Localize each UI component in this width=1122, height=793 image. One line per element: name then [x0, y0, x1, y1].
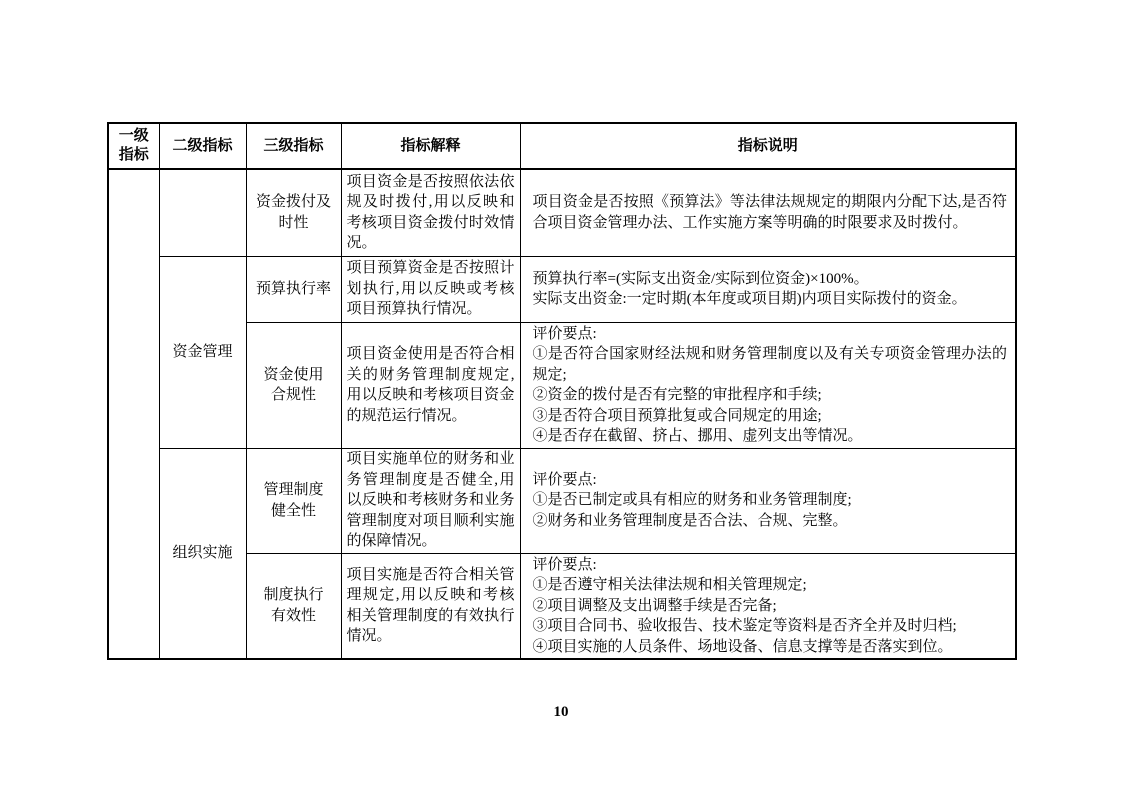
level3-indicator-cell: 制度执行 有效性	[246, 553, 341, 659]
indicator-explanation-cell: 项目实施是否符合相关管理规定,用以反映和考核相关管理制度的有效执行情况。	[341, 553, 520, 659]
level3-indicator-cell: 资金使用 合规性	[246, 322, 341, 448]
performance-indicator-table: 一级 指标 二级指标 三级指标 指标解释 指标说明 资金拨付及 时性 项目资金是…	[107, 122, 1017, 660]
indicator-description-cell: 评价要点: ①是否符合国家财经法规和财务管理制度以及有关专项资金管理办法的规定;…	[520, 322, 1016, 448]
indicator-description-cell: 评价要点: ①是否已制定或具有相应的财务和业务管理制度; ②财务和业务管理制度是…	[520, 448, 1016, 553]
level3-indicator-cell: 管理制度 健全性	[246, 448, 341, 553]
indicator-description-cell: 评价要点: ①是否遵守相关法律法规和相关管理规定; ②项目调整及支出调整手续是否…	[520, 553, 1016, 659]
level1-indicator-cell	[108, 169, 159, 659]
indicator-explanation-cell: 项目资金是否按照依法依规及时拨付,用以反映和考核项目资金拨付时效情况。	[341, 169, 520, 256]
header-level2-indicator: 二级指标	[159, 123, 246, 169]
indicator-description-cell: 预算执行率=(实际支出资金/实际到位资金)×100%。 实际支出资金:一定时期(…	[520, 256, 1016, 322]
table-row: 资金管理 预算执行率 项目预算资金是否按照计划执行,用以反映或考核项目预算执行情…	[108, 256, 1016, 322]
level2-group-cell-fund-management: 资金管理	[159, 256, 246, 448]
table-header-row: 一级 指标 二级指标 三级指标 指标解释 指标说明	[108, 123, 1016, 169]
indicator-explanation-cell: 项目资金使用是否符合相关的财务管理制度规定,用以反映和考核项目资金的规范运行情况…	[341, 322, 520, 448]
indicator-description-cell: 项目资金是否按照《预算法》等法律法规规定的期限内分配下达,是否符合项目资金管理办…	[520, 169, 1016, 256]
table-row: 资金拨付及 时性 项目资金是否按照依法依规及时拨付,用以反映和考核项目资金拨付时…	[108, 169, 1016, 256]
header-indicator-description: 指标说明	[520, 123, 1016, 169]
header-level1-indicator: 一级 指标	[108, 123, 159, 169]
level2-group-cell-organization: 组织实施	[159, 448, 246, 659]
level3-indicator-cell: 预算执行率	[246, 256, 341, 322]
indicator-explanation-cell: 项目实施单位的财务和业务管理制度是否健全,用以反映和考核财务和业务管理制度对项目…	[341, 448, 520, 553]
document-page: 一级 指标 二级指标 三级指标 指标解释 指标说明 资金拨付及 时性 项目资金是…	[0, 0, 1122, 793]
level2-group-cell-empty	[159, 169, 246, 256]
page-number: 10	[0, 704, 1122, 721]
table-row: 组织实施 管理制度 健全性 项目实施单位的财务和业务管理制度是否健全,用以反映和…	[108, 448, 1016, 553]
indicator-explanation-cell: 项目预算资金是否按照计划执行,用以反映或考核项目预算执行情况。	[341, 256, 520, 322]
header-level3-indicator: 三级指标	[246, 123, 341, 169]
level3-indicator-cell: 资金拨付及 时性	[246, 169, 341, 256]
header-indicator-explanation: 指标解释	[341, 123, 520, 169]
